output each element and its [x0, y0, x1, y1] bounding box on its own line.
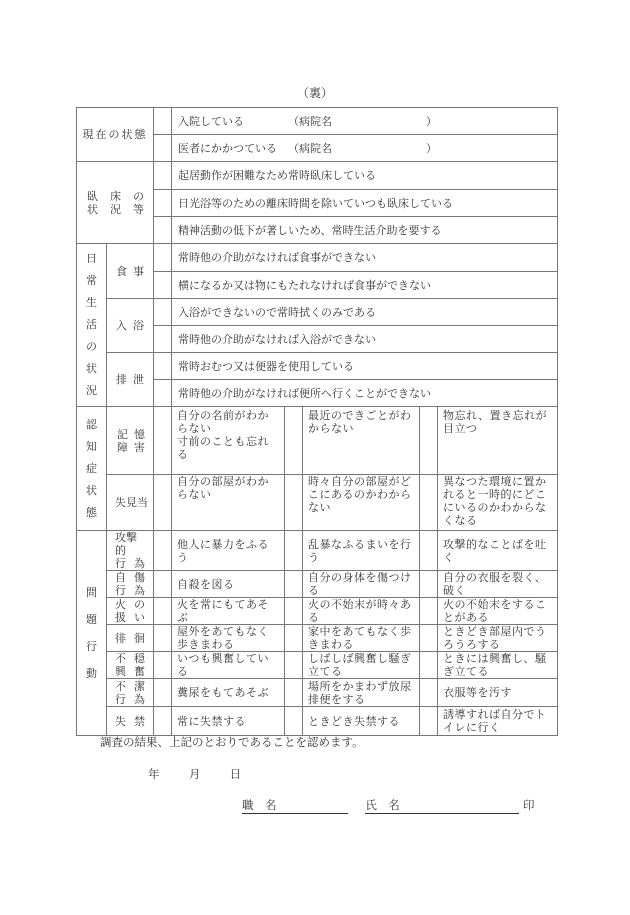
checkbox-selfharm-1[interactable]	[154, 571, 172, 598]
checkbox-excretion-2[interactable]	[154, 380, 172, 407]
unsanitary-label: 不潔 行為	[107, 679, 154, 707]
checkbox-selfharm-2[interactable]	[285, 571, 303, 598]
option-bedridden-1: 起居動作が困難なため常時臥床している	[172, 162, 558, 190]
dementia-disorientation-row: 失見当 自分の部屋がわからない 時々自分の部屋がどこにあるのかわからない 異なつ…	[77, 475, 558, 531]
checkbox-aggressive-3[interactable]	[420, 531, 438, 571]
checkbox-aggressive-1[interactable]	[154, 531, 172, 571]
checkbox-agitation-1[interactable]	[154, 652, 172, 679]
option-bath-1: 入浴ができないので常時拭くのみである	[172, 299, 558, 326]
checkbox-selfharm-3[interactable]	[420, 571, 438, 598]
option-fire-3: 火の不始末をすることがある	[438, 598, 558, 625]
checkbox-memory-3[interactable]	[420, 407, 438, 475]
meal-label: 食事	[107, 244, 154, 299]
option-selfharm-3: 自分の衣服を裂く、破く	[438, 571, 558, 598]
checkbox-meal-1[interactable]	[154, 244, 172, 272]
checkbox-fire-2[interactable]	[285, 598, 303, 625]
checkbox-hospitalized[interactable]	[154, 108, 172, 135]
checkbox-seeing-doctor[interactable]	[154, 135, 172, 162]
option-disorientation-2: 時々自分の部屋がどこにあるのかわからない	[303, 475, 420, 531]
option-hospitalized: 入院している（病院名）	[172, 108, 558, 135]
problem-unsanitary-row: 不潔 行為 糞尿をもてあそぶ 場所をかまわず放尿排便をする 衣服等を汚す	[77, 679, 558, 707]
name-label: 氏 名	[365, 798, 400, 812]
checkbox-bedridden-3[interactable]	[154, 217, 172, 244]
checkbox-unsanitary-1[interactable]	[154, 679, 172, 707]
checkbox-bath-1[interactable]	[154, 299, 172, 326]
checkbox-meal-2[interactable]	[154, 272, 172, 299]
signature-line: 職 名 氏 名 印	[242, 797, 534, 814]
option-memory-3: 物忘れ、置き忘れが目立つ	[438, 407, 558, 475]
problem-incontinence-row: 失禁 常に失禁する ときどき失禁する 誘導すれば自分でトイレに行く	[77, 707, 558, 736]
checkbox-excretion-1[interactable]	[154, 353, 172, 380]
option-aggressive-3: 攻撃的なことばを吐く	[438, 531, 558, 571]
checkbox-wandering-3[interactable]	[420, 625, 438, 652]
date-field: 年 月 日	[148, 766, 241, 782]
checkbox-wandering-1[interactable]	[154, 625, 172, 652]
option-disorientation-1: 自分の部屋がわからない	[172, 475, 285, 531]
option-incontinence-3: 誘導すれば自分でトイレに行く	[438, 707, 558, 736]
dementia-memory-row: 認 知 症 状 態 記憶 障害 自分の名前がわからない 寸前のことも忘れる 最近…	[77, 407, 558, 475]
checkbox-disorientation-3[interactable]	[420, 475, 438, 531]
checkbox-bedridden-1[interactable]	[154, 162, 172, 190]
dementia-label: 認 知 症 状 態	[77, 407, 107, 531]
option-unsanitary-3: 衣服等を汚す	[438, 679, 558, 707]
daily-life-label: 日 常 生 活 の 状 況	[77, 244, 107, 407]
checkbox-bath-2[interactable]	[154, 326, 172, 353]
checkbox-fire-1[interactable]	[154, 598, 172, 625]
excretion-label: 排泄	[107, 353, 154, 407]
seal-label: 印	[523, 798, 535, 812]
option-memory-2: 最近のできごとがわからない	[303, 407, 420, 475]
checkbox-memory-2[interactable]	[285, 407, 303, 475]
option-agitation-3: ときには興奮し、騒ぎ立てる	[438, 652, 558, 679]
option-bedridden-3: 精神活動の低下が著しいため、常時生活介助を要する	[172, 217, 558, 244]
option-aggressive-2: 乱暴なふるまいを行う	[303, 531, 420, 571]
option-selfharm-2: 自分の身体を傷つける	[303, 571, 420, 598]
option-meal-1: 常時他の介助がなければ食事ができない	[172, 244, 558, 272]
checkbox-wandering-2[interactable]	[285, 625, 303, 652]
checkbox-incontinence-1[interactable]	[154, 707, 172, 736]
job-title-field[interactable]: 職 名	[242, 797, 348, 814]
option-incontinence-1: 常に失禁する	[172, 707, 285, 736]
problem-wandering-row: 徘徊 屋外をあてもなく歩きまわる 家中をあてもなく歩きまわる ときどき部屋内でう…	[77, 625, 558, 652]
agitation-label: 不穏 興奮	[107, 652, 154, 679]
day-label: 日	[230, 767, 242, 781]
option-wandering-1: 屋外をあてもなく歩きまわる	[172, 625, 285, 652]
option-agitation-2: しばしば興奮し騒ぎ立てる	[303, 652, 420, 679]
option-wandering-2: 家中をあてもなく歩きまわる	[303, 625, 420, 652]
option-memory-1: 自分の名前がわからない 寸前のことも忘れる	[172, 407, 285, 475]
checkbox-memory-1[interactable]	[154, 407, 172, 475]
current-status-label: 現在の状態	[77, 108, 154, 162]
option-unsanitary-2: 場所をかまわず放尿排便をする	[303, 679, 420, 707]
page-title: （裏）	[0, 84, 630, 101]
option-fire-1: 火を常にもてあそぶ	[172, 598, 285, 625]
problem-selfharm-row: 自傷 行為 自殺を図る 自分の身体を傷つける 自分の衣服を裂く、破く	[77, 571, 558, 598]
year-label: 年	[148, 767, 160, 781]
problem-behavior-label: 問 題 行 動	[77, 531, 107, 736]
name-field[interactable]: 氏 名	[365, 797, 519, 814]
wandering-label: 徘徊	[107, 625, 154, 652]
option-bedridden-2: 日光浴等のための離床時間を除いていつも臥床している	[172, 190, 558, 217]
checkbox-fire-3[interactable]	[420, 598, 438, 625]
checkbox-agitation-2[interactable]	[285, 652, 303, 679]
option-excretion-2: 常時他の介助がなければ便所へ行くことができない	[172, 380, 558, 407]
daily-life-meal-row-1: 日 常 生 活 の 状 況 食事 常時他の介助がなければ食事ができない	[77, 244, 558, 272]
problem-agitation-row: 不穏 興奮 いつも興奮している しばしば興奮し騒ぎ立てる ときには興奮し、騒ぎ立…	[77, 652, 558, 679]
certification-statement: 調査の結果、上記のとおりであることを認めます。	[100, 734, 364, 750]
checkbox-incontinence-3[interactable]	[420, 707, 438, 736]
option-wandering-3: ときどき部屋内でうろうろする	[438, 625, 558, 652]
option-bath-2: 常時他の介助がなければ入浴ができない	[172, 326, 558, 353]
bedridden-row-1: 臥床の 状況等 起居動作が困難なため常時臥床している	[77, 162, 558, 190]
checkbox-unsanitary-3[interactable]	[420, 679, 438, 707]
option-excretion-1: 常時おむつ又は便器を使用している	[172, 353, 558, 380]
fire-label: 火の 扱い	[107, 598, 154, 625]
survey-form-table: 現在の状態 入院している（病院名） 医者にかかつている（病院名） 臥床の 状況等…	[76, 107, 558, 736]
option-incontinence-2: ときどき失禁する	[303, 707, 420, 736]
checkbox-incontinence-2[interactable]	[285, 707, 303, 736]
option-aggressive-1: 他人に暴力をふるう	[172, 531, 285, 571]
checkbox-unsanitary-2[interactable]	[285, 679, 303, 707]
aggressive-label: 攻撃的 行為	[107, 531, 154, 571]
disorientation-label: 失見当	[107, 475, 154, 531]
selfharm-label: 自傷 行為	[107, 571, 154, 598]
bedridden-label: 臥床の 状況等	[77, 162, 154, 244]
current-status-row-1: 現在の状態 入院している（病院名）	[77, 108, 558, 135]
job-title-label: 職 名	[242, 798, 277, 812]
option-disorientation-3: 異なつた環境に置かれると一時的にどこにいるのかわからなくなる	[438, 475, 558, 531]
problem-aggressive-row: 問 題 行 動 攻撃的 行為 他人に暴力をふるう 乱暴なふるまいを行う 攻撃的な…	[77, 531, 558, 571]
daily-life-excretion-row-1: 排泄 常時おむつ又は便器を使用している	[77, 353, 558, 380]
option-unsanitary-1: 糞尿をもてあそぶ	[172, 679, 285, 707]
problem-fire-row: 火の 扱い 火を常にもてあそぶ 火の不始末が時々ある 火の不始末をすることがある	[77, 598, 558, 625]
checkbox-bedridden-2[interactable]	[154, 190, 172, 217]
option-fire-2: 火の不始末が時々ある	[303, 598, 420, 625]
memory-impairment-label: 記憶 障害	[107, 407, 154, 475]
checkbox-agitation-3[interactable]	[420, 652, 438, 679]
incontinence-label: 失禁	[107, 707, 154, 736]
daily-life-bath-row-1: 入浴 入浴ができないので常時拭くのみである	[77, 299, 558, 326]
month-label: 月	[189, 767, 201, 781]
checkbox-aggressive-2[interactable]	[285, 531, 303, 571]
checkbox-disorientation-1[interactable]	[154, 475, 172, 531]
option-meal-2: 横になるか又は物にもたれなければ食事ができない	[172, 272, 558, 299]
checkbox-disorientation-2[interactable]	[285, 475, 303, 531]
option-agitation-1: いつも興奮している	[172, 652, 285, 679]
bath-label: 入浴	[107, 299, 154, 353]
option-selfharm-1: 自殺を図る	[172, 571, 285, 598]
option-seeing-doctor: 医者にかかつている（病院名）	[172, 135, 558, 162]
